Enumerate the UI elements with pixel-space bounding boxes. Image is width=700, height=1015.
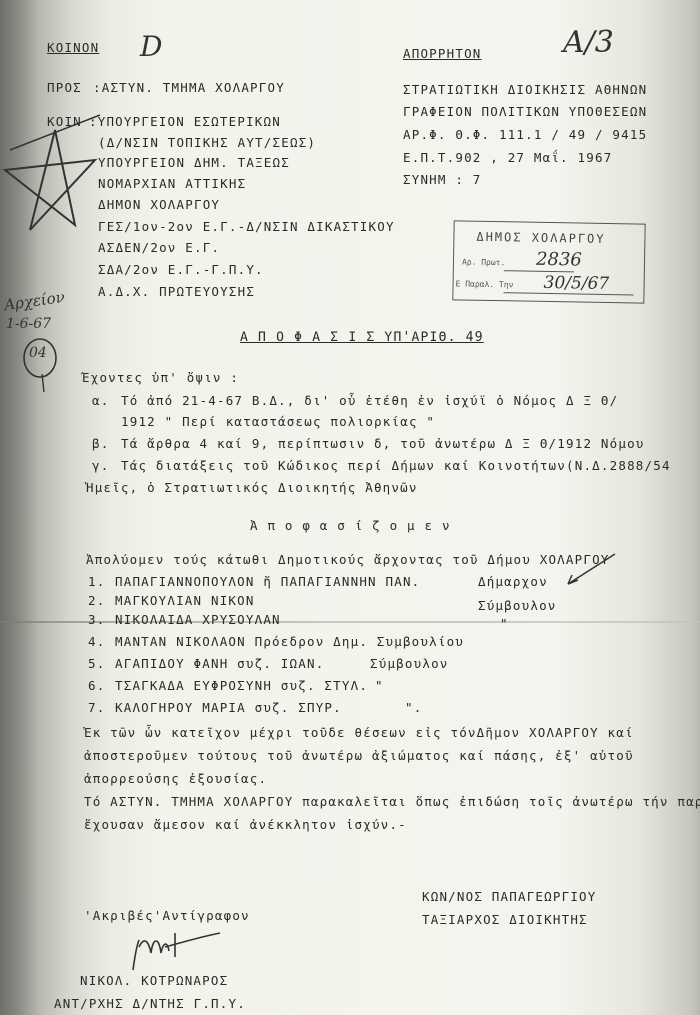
decision-title: Α Π Ο Φ Α Σ Ι Σ ΥΠ'ΑΡΙΘ. 49: [240, 330, 484, 345]
decide-heading: Ἀ π ο φ α σ ί ζ ο μ ε ν: [250, 518, 451, 533]
certifier-name: ΝΙΚΟΛ. ΚΟΤΡΩΝΑΡΟΣ: [80, 973, 228, 988]
cc-line: ΓΕΣ/1ον-2ον Ε.Γ.-Δ/ΝΣΙΝ ΔΙΚΑΣΤΙΚΟΥ: [98, 219, 395, 234]
closing-paragraph-line: ἀπορρεούσης ἐξουσίας.: [84, 771, 267, 786]
cc-line: ΑΣΔΕΝ/2ον Ε.Γ.: [98, 240, 220, 255]
cc-line: ΝΟΜΑΡΧΙΑΝ ΑΤΤΙΚΗΣ: [98, 176, 246, 191]
official-number: 7.: [88, 700, 105, 715]
official-number: 6.: [88, 678, 105, 693]
handwritten-d-mark: D: [140, 30, 162, 63]
handwritten-star-mark: [0, 110, 110, 240]
cc-line: ΥΠΟΥΡΓΕΙΟΝ ΔΗΜ. ΤΑΞΕΩΣ: [98, 155, 290, 170]
official-number: 2.: [88, 593, 105, 608]
official-role: Σύμβουλον: [478, 598, 557, 613]
official-number: 1.: [88, 574, 105, 589]
cc-line: ΣΔΑ/2ον Ε.Γ.-Γ.Π.Υ.: [98, 262, 264, 277]
consideration-text: Τά ἄρθρα 4 καί 9, περίπτωσιν δ, τοῦ ἀνωτ…: [121, 436, 645, 451]
issuer-statement: Ἡμεῖς, ὁ Στρατιωτικός Διοικητής Ἀθηνῶν: [86, 480, 418, 495]
stamp-date: 30/5/67: [543, 273, 609, 294]
to-label: ΠΡΟΣ: [47, 80, 82, 95]
consideration-marker: γ.: [92, 458, 109, 473]
consideration-text: Τάς διατάξεις τοῦ Κώδικος περί Δήμων καί…: [121, 458, 671, 473]
considering-intro: Έχοντες ὑπ' ὄψιν :: [82, 370, 239, 385]
handwritten-arrow-mark: [560, 550, 620, 590]
official-role: ".: [405, 700, 422, 715]
stamp-date-label: Ε Παραλ. Την: [456, 279, 514, 289]
circled-number: 04: [29, 345, 47, 361]
to-recipient: :ΑΣΤΥΝ. ΤΜΗΜΑ ΧΟΛΑΡΓΟΥ: [93, 80, 285, 95]
official-name: ΑΓΑΠΙΔΟΥ ΦΑΝΗ συζ. ΙΩΑΝ.: [115, 656, 324, 671]
handwritten-a3-mark: Α/3: [563, 25, 614, 60]
official-name: ΚΑΛΟΓΗΡΟΥ ΜΑΡΙΑ συζ. ΣΠΥΡ.: [115, 700, 342, 715]
stamp-title: ΔΗΜΟΣ ΧΟΛΑΡΓΟΥ: [476, 230, 605, 246]
closing-paragraph-line: Ἐκ τῶν ὧν κατεῖχον μέχρι τοῦδε θέσεων εἰ…: [84, 725, 634, 740]
handwritten-signature: [125, 925, 225, 975]
consideration-marker: β.: [92, 436, 109, 451]
cc-line: ΔΗΜΟΝ ΧΟΛΑΡΓΟΥ: [98, 197, 220, 212]
official-role: ": [500, 616, 509, 631]
consideration-text: 1912 " Περί καταστάσεως πολιορκίας ": [121, 414, 435, 429]
official-name: ΜΑΝΤΑΝ ΝΙΚΟΛΑΟΝ Πρόεδρον Δημ. Συμβουλίου: [115, 634, 464, 649]
consideration-marker: α.: [92, 393, 109, 408]
cc-label: ΚΟΙΝ: [47, 114, 82, 129]
official-role: Σύμβουλον: [370, 656, 449, 671]
issuer-line: ΓΡΑΦΕΙΟΝ ΠΟΛΙΤΙΚΩΝ ΥΠΟΘΕΣΕΩΝ: [403, 104, 647, 119]
cc-line: Α.Δ.Χ. ΠΡΩΤΕΥΟΥΣΗΣ: [98, 284, 255, 299]
issuer-line: ΣΤΡΑΤΙΩΤΙΚΗ ΔΙΟΙΚΗΣΙΣ ΑΘΗΝΩΝ: [403, 82, 647, 97]
consideration-text: Τό ἀπό 21-4-67 Β.Δ., δι' οὗ ἐτέθη ἐν ἰσχ…: [121, 393, 618, 408]
dismissal-intro: Ἀπολύομεν τούς κάτωθι Δημοτικούς ἄρχοντα…: [86, 552, 610, 567]
official-number: 3.: [88, 612, 105, 627]
document-date: Ε.Π.Τ.902 , 27 Μαΐ. 1967: [403, 150, 612, 165]
official-name: ΤΣΑΓΚΑΔΑ ΕΥΦΡΟΣΥΝΗ συζ. ΣΤΥΛ.: [115, 678, 368, 693]
margin-note-date: 1-6-67: [6, 316, 51, 332]
stamp-protocol-label: Αρ. Πρωτ.: [462, 257, 506, 267]
official-role: ": [375, 678, 384, 693]
official-role: Δήμαρχον: [478, 574, 548, 589]
official-name: ΝΙΚΟΛΑΙΔΑ ΧΡΥΣΟΥΛΑΝ: [115, 612, 281, 627]
secrecy-classification: ΑΠΟΡΡΗΤΟΝ: [403, 46, 482, 61]
signatory-name: ΚΩΝ/ΝΟΣ ΠΑΠΑΓΕΩΡΓΙΟΥ: [422, 889, 597, 904]
closing-paragraph-line: Τό ΑΣΤΥΝ. ΤΜΗΜΑ ΧΟΛΑΡΓΟΥ παρακαλεῖται ὅπ…: [84, 794, 700, 809]
official-name: ΠΑΠΑΓΙΑΝΝΟΠΟΥΛΟΝ ἤ ΠΑΠΑΓΙΑΝΝΗΝ ΠΑΝ.: [115, 574, 420, 589]
closing-paragraph-line: ἀποστεροῦμεν τούτους τοῦ ἀνωτέρω ἀξιώματ…: [84, 748, 634, 763]
stamp-protocol-number: 2836: [536, 249, 582, 271]
closing-paragraph-line: ἔχουσαν ἄμεσον καί ἀνέκκλητον ἰσχύν.-: [84, 817, 407, 832]
official-number: 4.: [88, 634, 105, 649]
municipality-received-stamp: ΔΗΜΟΣ ΧΟΛΑΡΓΟΥ Αρ. Πρωτ. 2836 Ε Παραλ. Τ…: [452, 220, 645, 303]
official-name: ΜΑΓΚΟΥΛΙΑΝ ΝΙΚΟΝ: [115, 593, 255, 608]
attachments-count: ΣΥΝΗΜ : 7: [403, 172, 482, 187]
certifier-title: ΑΝΤ/ΡΧΗΣ Δ/ΝΤΗΣ Γ.Π.Υ.: [54, 996, 246, 1011]
certified-copy-label: 'Ακριβές'Αντίγραφον: [84, 908, 250, 923]
cc-line: :ΥΠΟΥΡΓΕΙΟΝ ΕΣΩΤΕΡΙΚΩΝ: [89, 114, 281, 129]
official-number: 5.: [88, 656, 105, 671]
reference-number: ΑΡ.Φ. Θ.Φ. 111.1 / 49 / 9415: [403, 127, 647, 142]
classification-label: ΚΟΙΝΟΝ: [47, 40, 99, 55]
signatory-title: ΤΑΞΙΑΡΧΟΣ ΔΙΟΙΚΗΤΗΣ: [422, 912, 588, 927]
cc-line: (Δ/ΝΣΙΝ ΤΟΠΙΚΗΣ ΑΥΤ/ΣΕΩΣ): [98, 135, 316, 150]
